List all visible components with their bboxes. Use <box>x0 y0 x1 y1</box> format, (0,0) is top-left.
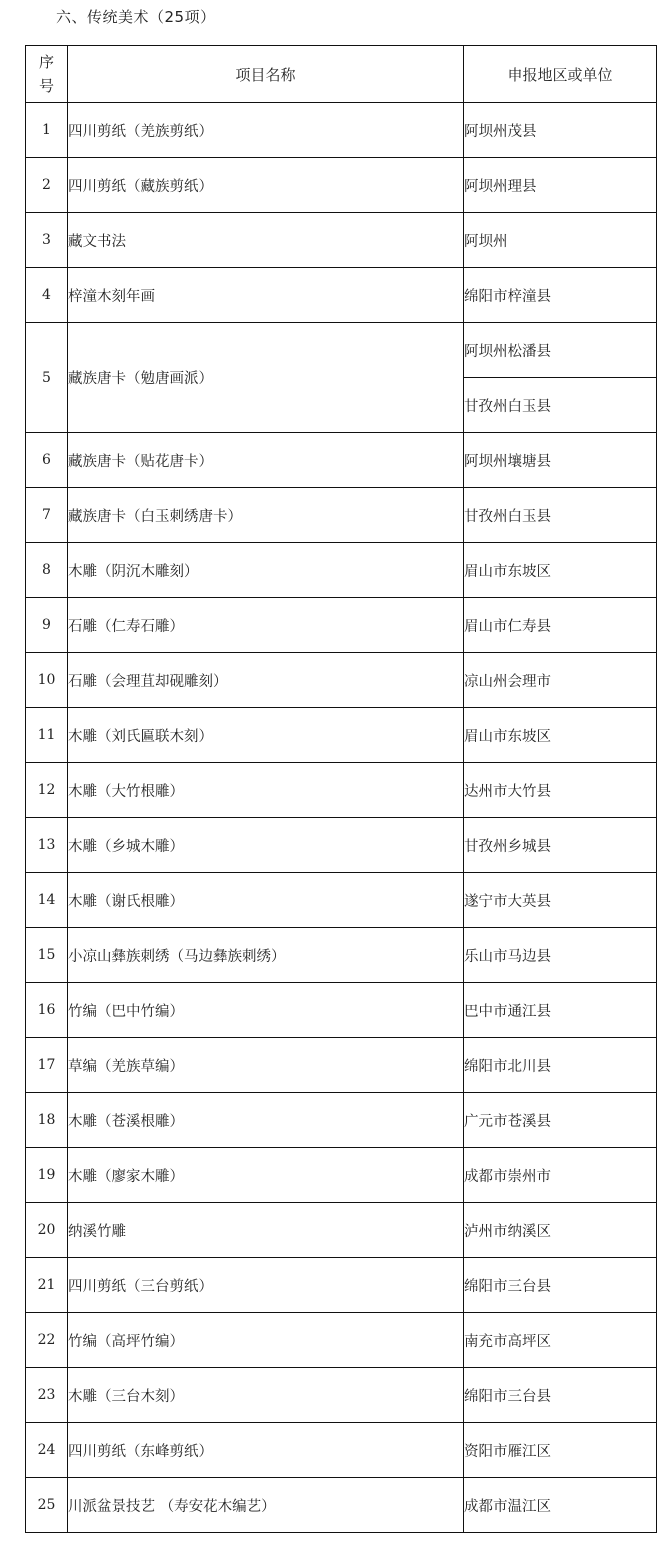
table-row: 13木雕（乡城木雕）甘孜州乡城县 <box>26 818 657 873</box>
row-number: 5 <box>26 323 68 433</box>
table-row: 25川派盆景技艺 （寿安花木编艺）成都市温江区 <box>26 1478 657 1533</box>
region-cell: 阿坝州理县 <box>464 158 657 213</box>
row-number: 7 <box>26 488 68 543</box>
project-name-cell: 木雕（大竹根雕） <box>68 763 464 818</box>
project-name-cell: 小凉山彝族刺绣（马边彝族刺绣） <box>68 928 464 983</box>
project-name-cell: 四川剪纸（羌族剪纸） <box>68 103 464 158</box>
project-name-cell: 藏族唐卡（白玉刺绣唐卡） <box>68 488 464 543</box>
project-name-cell: 木雕（苍溪根雕） <box>68 1093 464 1148</box>
region-cell: 南充市高坪区 <box>464 1313 657 1368</box>
table-row: 22竹编（高坪竹编）南充市高坪区 <box>26 1313 657 1368</box>
project-name-cell: 木雕（刘氏匾联木刻） <box>68 708 464 763</box>
project-name-cell: 石雕（会理苴却砚雕刻） <box>68 653 464 708</box>
project-name-cell: 藏族唐卡（勉唐画派） <box>68 323 464 433</box>
project-name-cell: 木雕（廖家木雕） <box>68 1148 464 1203</box>
row-number: 16 <box>26 983 68 1038</box>
column-header-number-line1: 序 <box>26 50 67 74</box>
table-row: 19木雕（廖家木雕）成都市崇州市 <box>26 1148 657 1203</box>
row-number: 2 <box>26 158 68 213</box>
column-header-number-line2: 号 <box>26 74 67 98</box>
region-cell: 眉山市东坡区 <box>464 543 657 598</box>
project-name-cell: 木雕（乡城木雕） <box>68 818 464 873</box>
project-name-cell: 木雕（三台木刻） <box>68 1368 464 1423</box>
project-name-cell: 四川剪纸（藏族剪纸） <box>68 158 464 213</box>
column-header-number: 序 号 <box>26 46 68 103</box>
table-row: 16竹编（巴中竹编）巴中市通江县 <box>26 983 657 1038</box>
row-number: 12 <box>26 763 68 818</box>
row-number: 25 <box>26 1478 68 1533</box>
region-cell: 甘孜州白玉县 <box>464 378 657 433</box>
region-cell: 凉山州会理市 <box>464 653 657 708</box>
project-name-cell: 竹编（巴中竹编） <box>68 983 464 1038</box>
row-number: 13 <box>26 818 68 873</box>
project-name-cell: 木雕（阴沉木雕刻） <box>68 543 464 598</box>
region-cell: 成都市温江区 <box>464 1478 657 1533</box>
row-number: 10 <box>26 653 68 708</box>
row-number: 6 <box>26 433 68 488</box>
table-row: 15小凉山彝族刺绣（马边彝族刺绣）乐山市马边县 <box>26 928 657 983</box>
table-row: 8木雕（阴沉木雕刻）眉山市东坡区 <box>26 543 657 598</box>
table-row: 17草编（羌族草编）绵阳市北川县 <box>26 1038 657 1093</box>
region-cell: 达州市大竹县 <box>464 763 657 818</box>
region-cell: 眉山市东坡区 <box>464 708 657 763</box>
project-name-cell: 藏族唐卡（贴花唐卡） <box>68 433 464 488</box>
heritage-list-table: 序 号 项目名称 申报地区或单位 1四川剪纸（羌族剪纸）阿坝州茂县2四川剪纸（藏… <box>25 45 657 1533</box>
table-row: 23木雕（三台木刻）绵阳市三台县 <box>26 1368 657 1423</box>
region-cell: 巴中市通江县 <box>464 983 657 1038</box>
region-cell: 广元市苍溪县 <box>464 1093 657 1148</box>
region-cell: 资阳市雁江区 <box>464 1423 657 1478</box>
table-row: 2四川剪纸（藏族剪纸）阿坝州理县 <box>26 158 657 213</box>
table-row: 14木雕（谢氏根雕）遂宁市大英县 <box>26 873 657 928</box>
row-number: 17 <box>26 1038 68 1093</box>
table-header-row: 序 号 项目名称 申报地区或单位 <box>26 46 657 103</box>
region-cell: 阿坝州壤塘县 <box>464 433 657 488</box>
region-cell: 遂宁市大英县 <box>464 873 657 928</box>
region-cell: 绵阳市北川县 <box>464 1038 657 1093</box>
region-cell: 成都市崇州市 <box>464 1148 657 1203</box>
row-number: 20 <box>26 1203 68 1258</box>
region-cell: 乐山市马边县 <box>464 928 657 983</box>
project-name-cell: 纳溪竹雕 <box>68 1203 464 1258</box>
region-cell: 绵阳市梓潼县 <box>464 268 657 323</box>
row-number: 3 <box>26 213 68 268</box>
region-cell: 阿坝州 <box>464 213 657 268</box>
project-name-cell: 川派盆景技艺 （寿安花木编艺） <box>68 1478 464 1533</box>
region-cell: 甘孜州白玉县 <box>464 488 657 543</box>
row-number: 22 <box>26 1313 68 1368</box>
row-number: 11 <box>26 708 68 763</box>
project-name-cell: 石雕（仁寿石雕） <box>68 598 464 653</box>
table-row: 9石雕（仁寿石雕）眉山市仁寿县 <box>26 598 657 653</box>
table-row: 20纳溪竹雕泸州市纳溪区 <box>26 1203 657 1258</box>
table-row: 1四川剪纸（羌族剪纸）阿坝州茂县 <box>26 103 657 158</box>
table-row: 7藏族唐卡（白玉刺绣唐卡）甘孜州白玉县 <box>26 488 657 543</box>
region-cell: 绵阳市三台县 <box>464 1368 657 1423</box>
row-number: 19 <box>26 1148 68 1203</box>
project-name-cell: 草编（羌族草编） <box>68 1038 464 1093</box>
project-name-cell: 四川剪纸（东峰剪纸） <box>68 1423 464 1478</box>
project-name-cell: 竹编（高坪竹编） <box>68 1313 464 1368</box>
project-name-cell: 梓潼木刻年画 <box>68 268 464 323</box>
region-cell: 阿坝州松潘县 <box>464 323 657 378</box>
table-row: 11木雕（刘氏匾联木刻）眉山市东坡区 <box>26 708 657 763</box>
row-number: 8 <box>26 543 68 598</box>
project-name-cell: 四川剪纸（三台剪纸） <box>68 1258 464 1313</box>
project-name-cell: 藏文书法 <box>68 213 464 268</box>
column-header-region: 申报地区或单位 <box>464 46 657 103</box>
table-row: 24四川剪纸（东峰剪纸）资阳市雁江区 <box>26 1423 657 1478</box>
region-cell: 阿坝州茂县 <box>464 103 657 158</box>
table-row: 12木雕（大竹根雕）达州市大竹县 <box>26 763 657 818</box>
region-cell: 泸州市纳溪区 <box>464 1203 657 1258</box>
row-number: 21 <box>26 1258 68 1313</box>
region-cell: 眉山市仁寿县 <box>464 598 657 653</box>
column-header-project-name: 项目名称 <box>68 46 464 103</box>
table-row: 18木雕（苍溪根雕）广元市苍溪县 <box>26 1093 657 1148</box>
table-row: 6藏族唐卡（贴花唐卡）阿坝州壤塘县 <box>26 433 657 488</box>
row-number: 23 <box>26 1368 68 1423</box>
region-cell: 甘孜州乡城县 <box>464 818 657 873</box>
row-number: 4 <box>26 268 68 323</box>
row-number: 18 <box>26 1093 68 1148</box>
table-row: 10石雕（会理苴却砚雕刻）凉山州会理市 <box>26 653 657 708</box>
table-row: 5藏族唐卡（勉唐画派）阿坝州松潘县 <box>26 323 657 378</box>
project-name-cell: 木雕（谢氏根雕） <box>68 873 464 928</box>
table-row: 21四川剪纸（三台剪纸）绵阳市三台县 <box>26 1258 657 1313</box>
row-number: 15 <box>26 928 68 983</box>
row-number: 14 <box>26 873 68 928</box>
row-number: 9 <box>26 598 68 653</box>
region-cell: 绵阳市三台县 <box>464 1258 657 1313</box>
table-body: 1四川剪纸（羌族剪纸）阿坝州茂县2四川剪纸（藏族剪纸）阿坝州理县3藏文书法阿坝州… <box>26 103 657 1533</box>
row-number: 24 <box>26 1423 68 1478</box>
row-number: 1 <box>26 103 68 158</box>
section-title: 六、传统美术（25项） <box>56 6 216 28</box>
table-row: 3藏文书法阿坝州 <box>26 213 657 268</box>
table-row: 4梓潼木刻年画绵阳市梓潼县 <box>26 268 657 323</box>
